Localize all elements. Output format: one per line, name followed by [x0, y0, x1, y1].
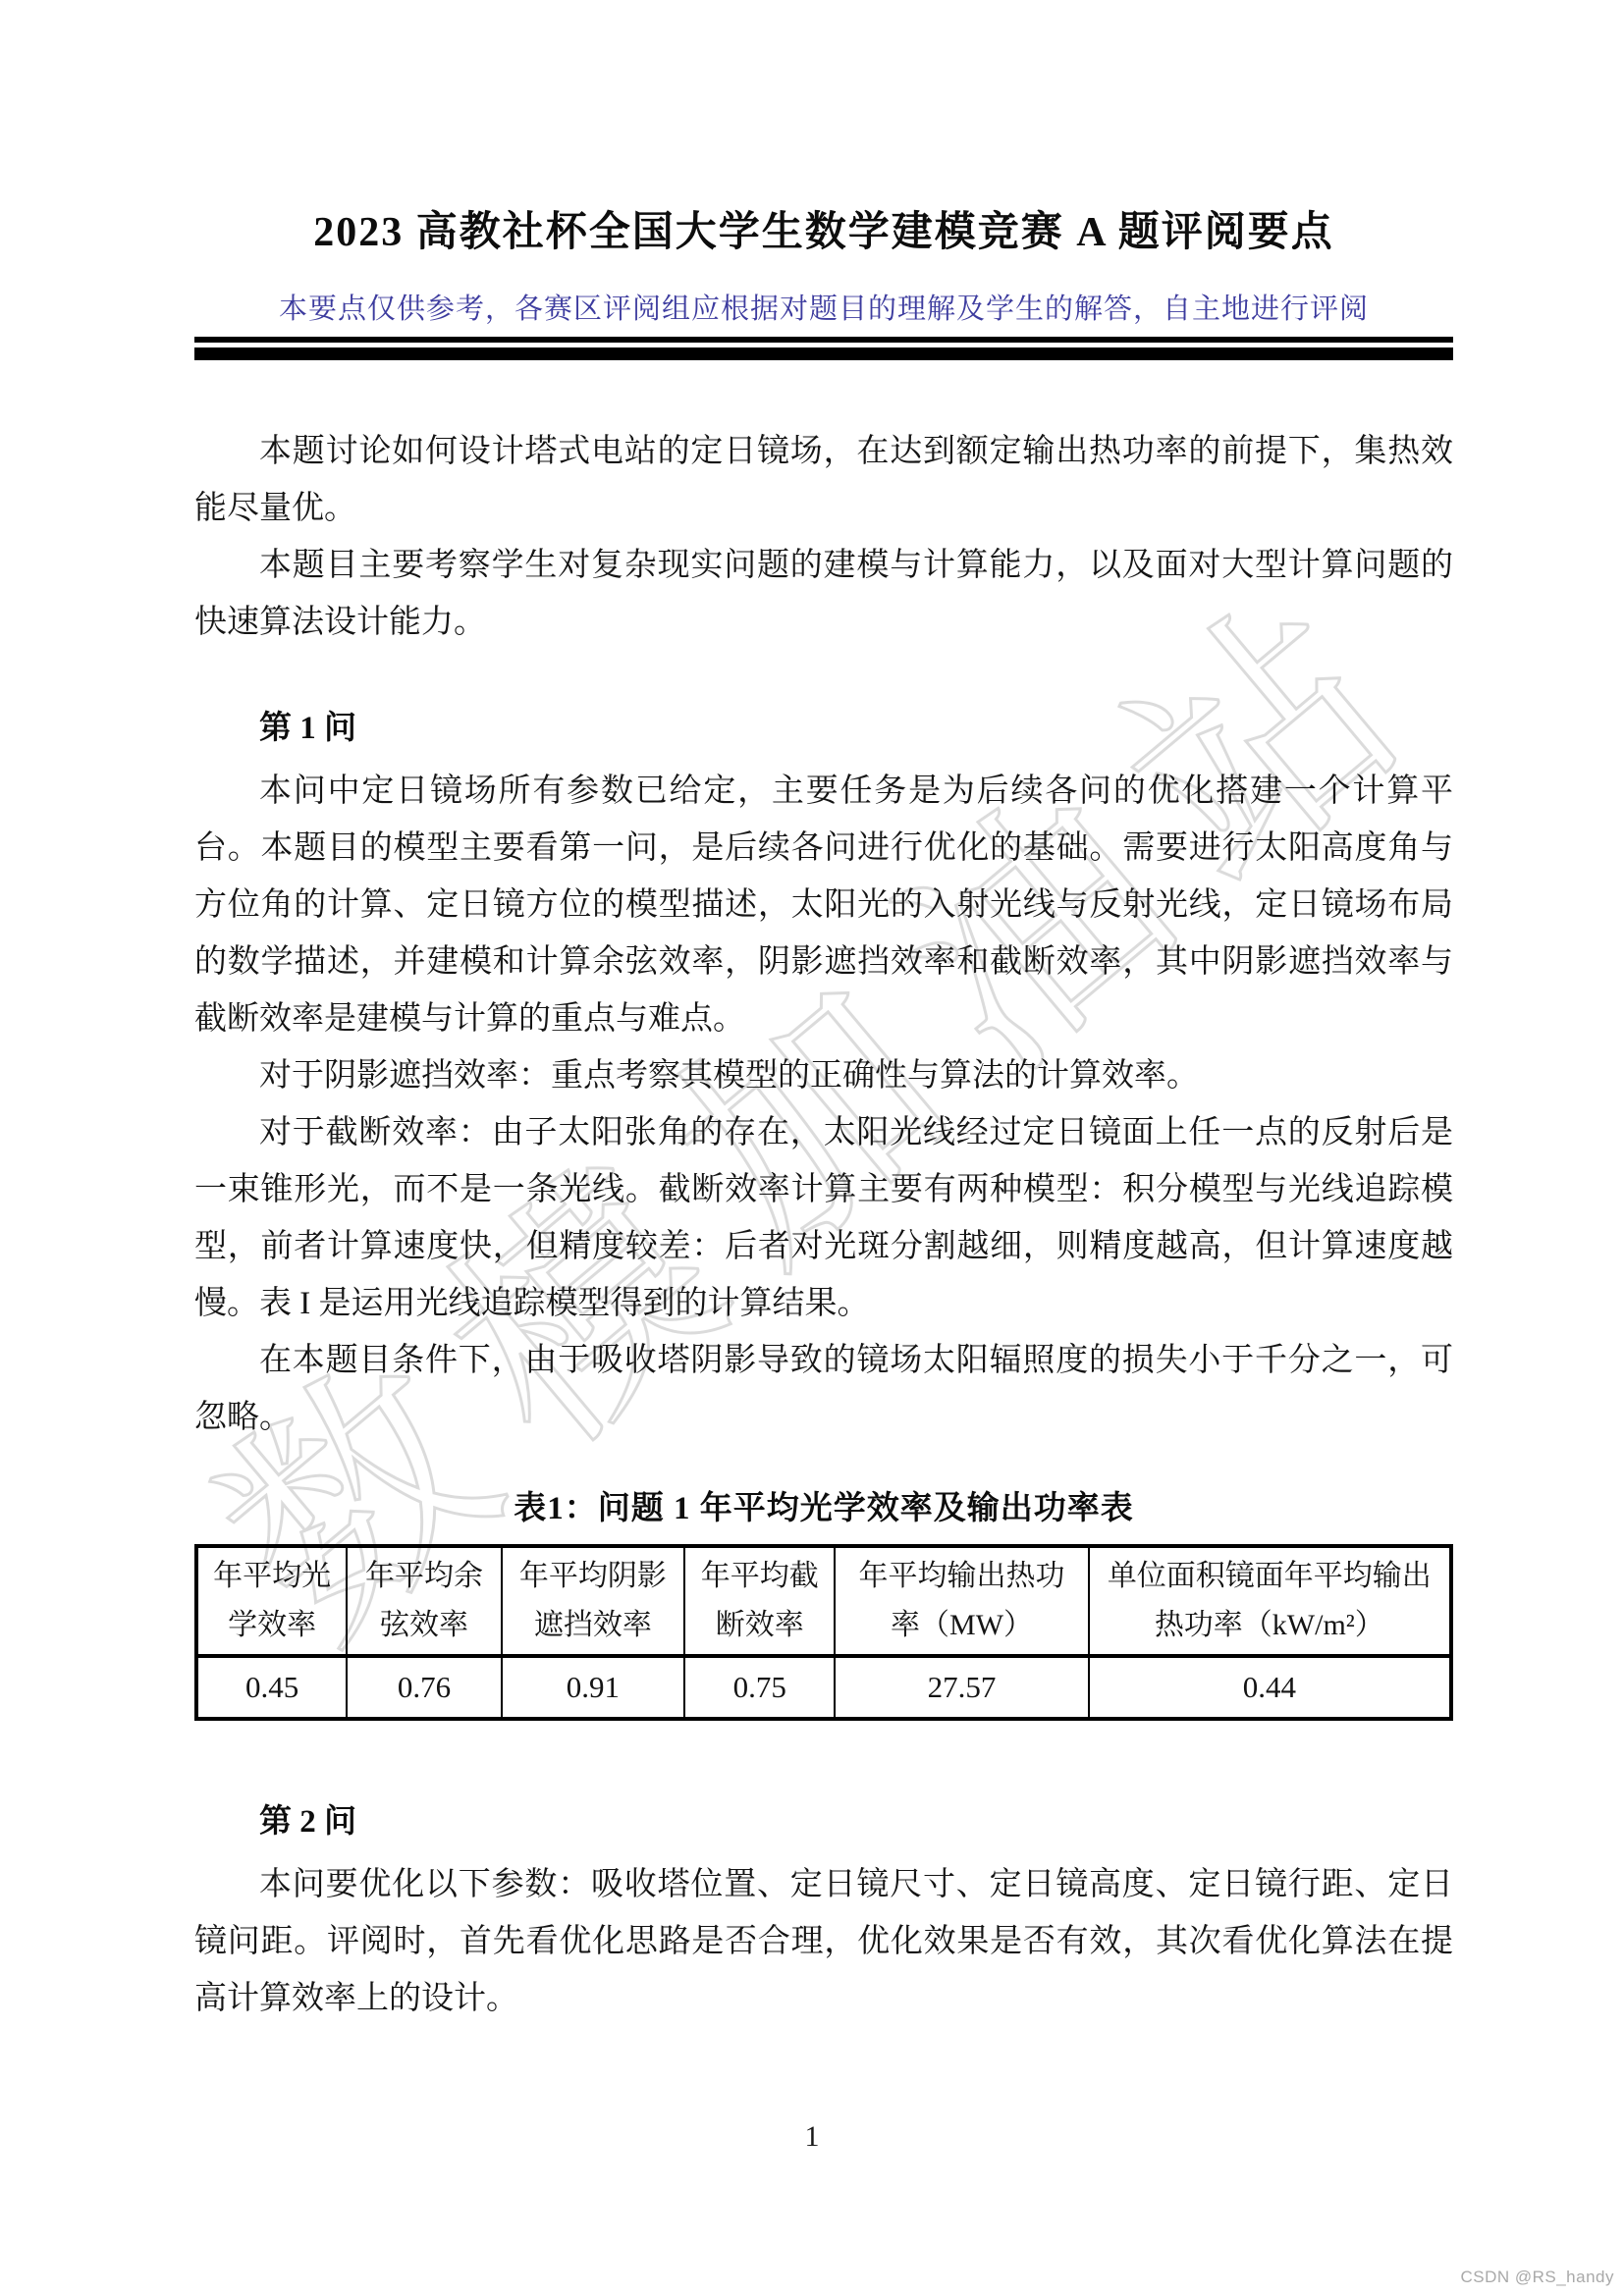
intro-paragraph-1: 本题讨论如何设计塔式电站的定日镜场，在达到额定输出热功率的前提下，集热效能尽量优…: [194, 423, 1453, 537]
table1-header-line: 断效率: [687, 1601, 832, 1650]
table1-header-line: 年平均阴影: [505, 1552, 682, 1601]
table1-value-row: 0.45 0.76 0.91 0.75 27.57 0.44: [196, 1656, 1451, 1719]
table1-header-line: 热功率（kW/m²）: [1092, 1601, 1447, 1650]
page-content: 2023 高教社杯全国大学生数学建模竞赛 A 题评阅要点 本要点仅供参考，各赛区…: [194, 208, 1453, 2027]
question1-paragraph-4: 在本题目条件下，由于吸收塔阴影导致的镜场太阳辐照度的损失小于千分之一，可忽略。: [194, 1332, 1453, 1446]
page-number: 1: [0, 2120, 1624, 2154]
document-subtitle: 本要点仅供参考，各赛区评阅组应根据对题目的理解及学生的解答，自主地进行评阅: [194, 293, 1453, 326]
document-page: 数模加油站 2023 高教社杯全国大学生数学建模竞赛 A 题评阅要点 本要点仅供…: [0, 0, 1624, 2296]
table1-header-annual-cosine-efficiency: 年平均余 弦效率: [347, 1546, 501, 1656]
table1-header-annual-optical-efficiency: 年平均光 学效率: [196, 1546, 347, 1656]
csdn-credit-watermark: CSDN @RS_handy: [1460, 2268, 1614, 2287]
table1-value-truncation: 0.75: [684, 1656, 835, 1719]
table1-value-shadow-blocking: 0.91: [502, 1656, 685, 1719]
table1-header-line: 学效率: [200, 1601, 344, 1650]
question2-paragraph-1: 本问要优化以下参数：吸收塔位置、定日镜尺寸、定日镜高度、定日镜行距、定日镜问距。…: [194, 1856, 1453, 2027]
table1-header-line: 率（MW）: [838, 1601, 1085, 1650]
table1-value-optical-efficiency: 0.45: [196, 1656, 347, 1719]
intro-section: 本题讨论如何设计塔式电站的定日镜场，在达到额定输出热功率的前提下，集热效能尽量优…: [194, 423, 1453, 651]
table1-value-per-area-power: 0.44: [1089, 1656, 1451, 1719]
question1-paragraph-2: 对于阴影遮挡效率：重点考察其模型的正确性与算法的计算效率。: [194, 1047, 1453, 1104]
divider-thin-rule: [194, 337, 1453, 343]
table1-results-table: 年平均光 学效率 年平均余 弦效率 年平均阴影 遮挡效率 年平均截 断效率: [194, 1544, 1453, 1721]
document-title: 2023 高教社杯全国大学生数学建模竞赛 A 题评阅要点: [194, 208, 1453, 257]
table1-header-annual-output-thermal-power: 年平均输出热功 率（MW）: [835, 1546, 1088, 1656]
table1-header-row: 年平均光 学效率 年平均余 弦效率 年平均阴影 遮挡效率 年平均截 断效率: [196, 1546, 1451, 1656]
table1-header-per-area-output-thermal-power: 单位面积镜面年平均输出 热功率（kW/m²）: [1089, 1546, 1451, 1656]
table1-header-line: 单位面积镜面年平均输出: [1092, 1552, 1447, 1601]
question1-heading: 第 1 问: [194, 700, 1453, 757]
table1-header-line: 年平均余: [350, 1552, 498, 1601]
table1-header-line: 遮挡效率: [505, 1601, 682, 1650]
table1-caption: 表1：问题 1 年平均光学效率及输出功率表: [194, 1489, 1453, 1528]
divider-thick-rule: [194, 347, 1453, 360]
table1-header-annual-shadow-blocking-efficiency: 年平均阴影 遮挡效率: [502, 1546, 685, 1656]
question1-paragraph-1: 本问中定日镜场所有参数已给定，主要任务是为后续各问的优化搭建一个计算平台。本题目…: [194, 763, 1453, 1047]
table1-header-line: 年平均截: [687, 1552, 832, 1601]
intro-paragraph-2: 本题目主要考察学生对复杂现实问题的建模与计算能力，以及面对大型计算问题的快速算法…: [194, 537, 1453, 651]
table1-header-line: 年平均输出热功: [838, 1552, 1085, 1601]
question2-heading: 第 2 问: [194, 1793, 1453, 1850]
table1-value-cosine-efficiency: 0.76: [347, 1656, 501, 1719]
table1-value-output-thermal-power: 27.57: [835, 1656, 1088, 1719]
table1-header-line: 年平均光: [200, 1552, 344, 1601]
table1-header-line: 弦效率: [350, 1601, 498, 1650]
table1-header-annual-truncation-efficiency: 年平均截 断效率: [684, 1546, 835, 1656]
question1-paragraph-3: 对于截断效率：由子太阳张角的存在，太阳光线经过定日镜面上任一点的反射后是一束锥形…: [194, 1104, 1453, 1332]
